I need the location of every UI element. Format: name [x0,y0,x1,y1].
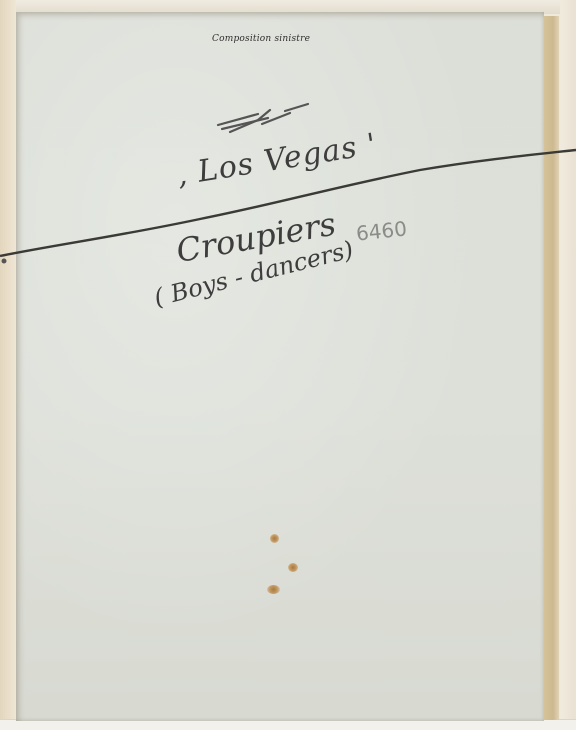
frame-right-edge [560,0,576,730]
stain-mark [267,585,280,594]
printed-label: Composition sinistre [212,34,310,44]
stain-mark [270,534,279,543]
stain-mark [288,563,298,572]
tape-strip [544,16,559,720]
backing-paper [16,12,544,721]
frame-left-edge [0,0,16,730]
